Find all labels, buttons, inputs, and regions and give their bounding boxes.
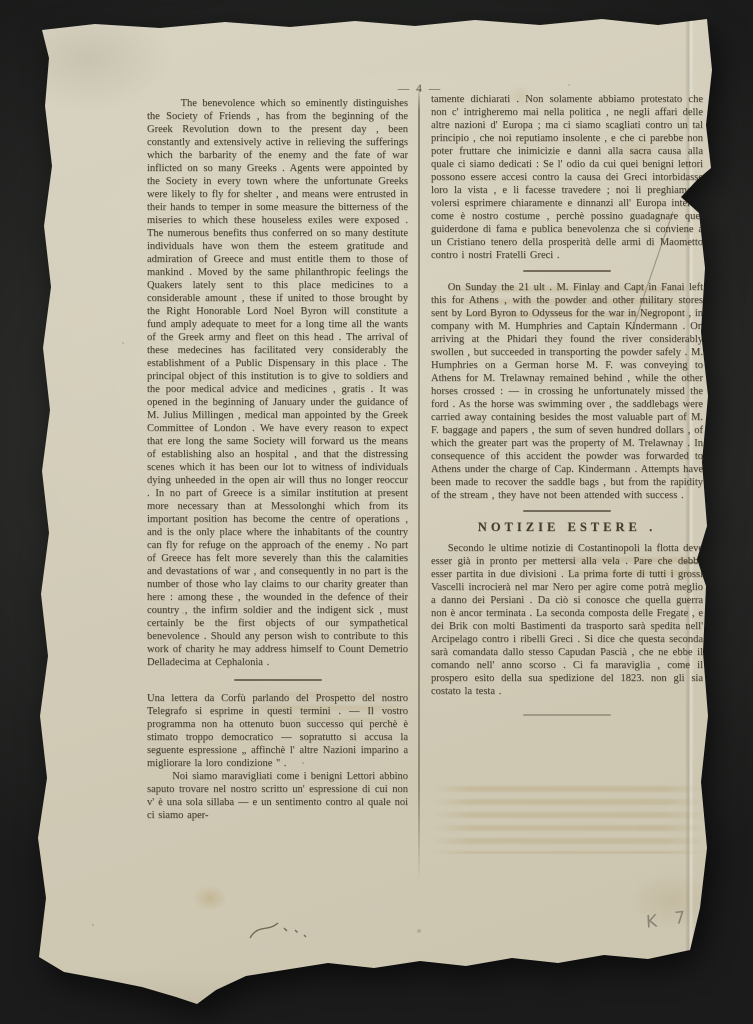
page-number: — 4 — [386,83,454,95]
newspaper-page: — 4 — The benevolence which so eminently… [0,0,753,1024]
paper-specks-texture [0,0,2,2]
ink-mark [246,914,318,948]
article-corfu-letter-p1: Una lettera da Corfù parlando del Prospe… [147,692,408,770]
separator-rule [234,679,322,681]
article-constantinople-news: Secondo le ultime notizie di Costantinop… [431,542,703,698]
scanned-newspaper-sheet: — 4 — The benevolence which so eminently… [0,0,753,1024]
separator-rule [523,510,611,512]
column-divider-rule [418,86,420,882]
left-column: The benevolence which so eminently disti… [147,97,408,822]
pencil-mark-annotation: K 7 [646,907,692,933]
separator-rule-faint [523,714,611,716]
article-powder-transport: On Sunday the 21 ult . M. Finlay and Cap… [431,281,703,502]
article-corfu-letter-p2: Noi siamo maravigliati come i benigni Le… [147,770,408,822]
right-column: tamente dichiarati . Non solamente abbia… [431,93,703,727]
article-continuation-italian: tamente dichiarati . Non solamente abbia… [431,93,703,262]
article-society-of-friends: The benevolence which so eminently disti… [147,97,408,669]
separator-rule [523,270,611,272]
section-heading-notizie-estere: NOTIZIE ESTERE . [431,521,703,534]
ink-bleedthrough [433,782,703,854]
